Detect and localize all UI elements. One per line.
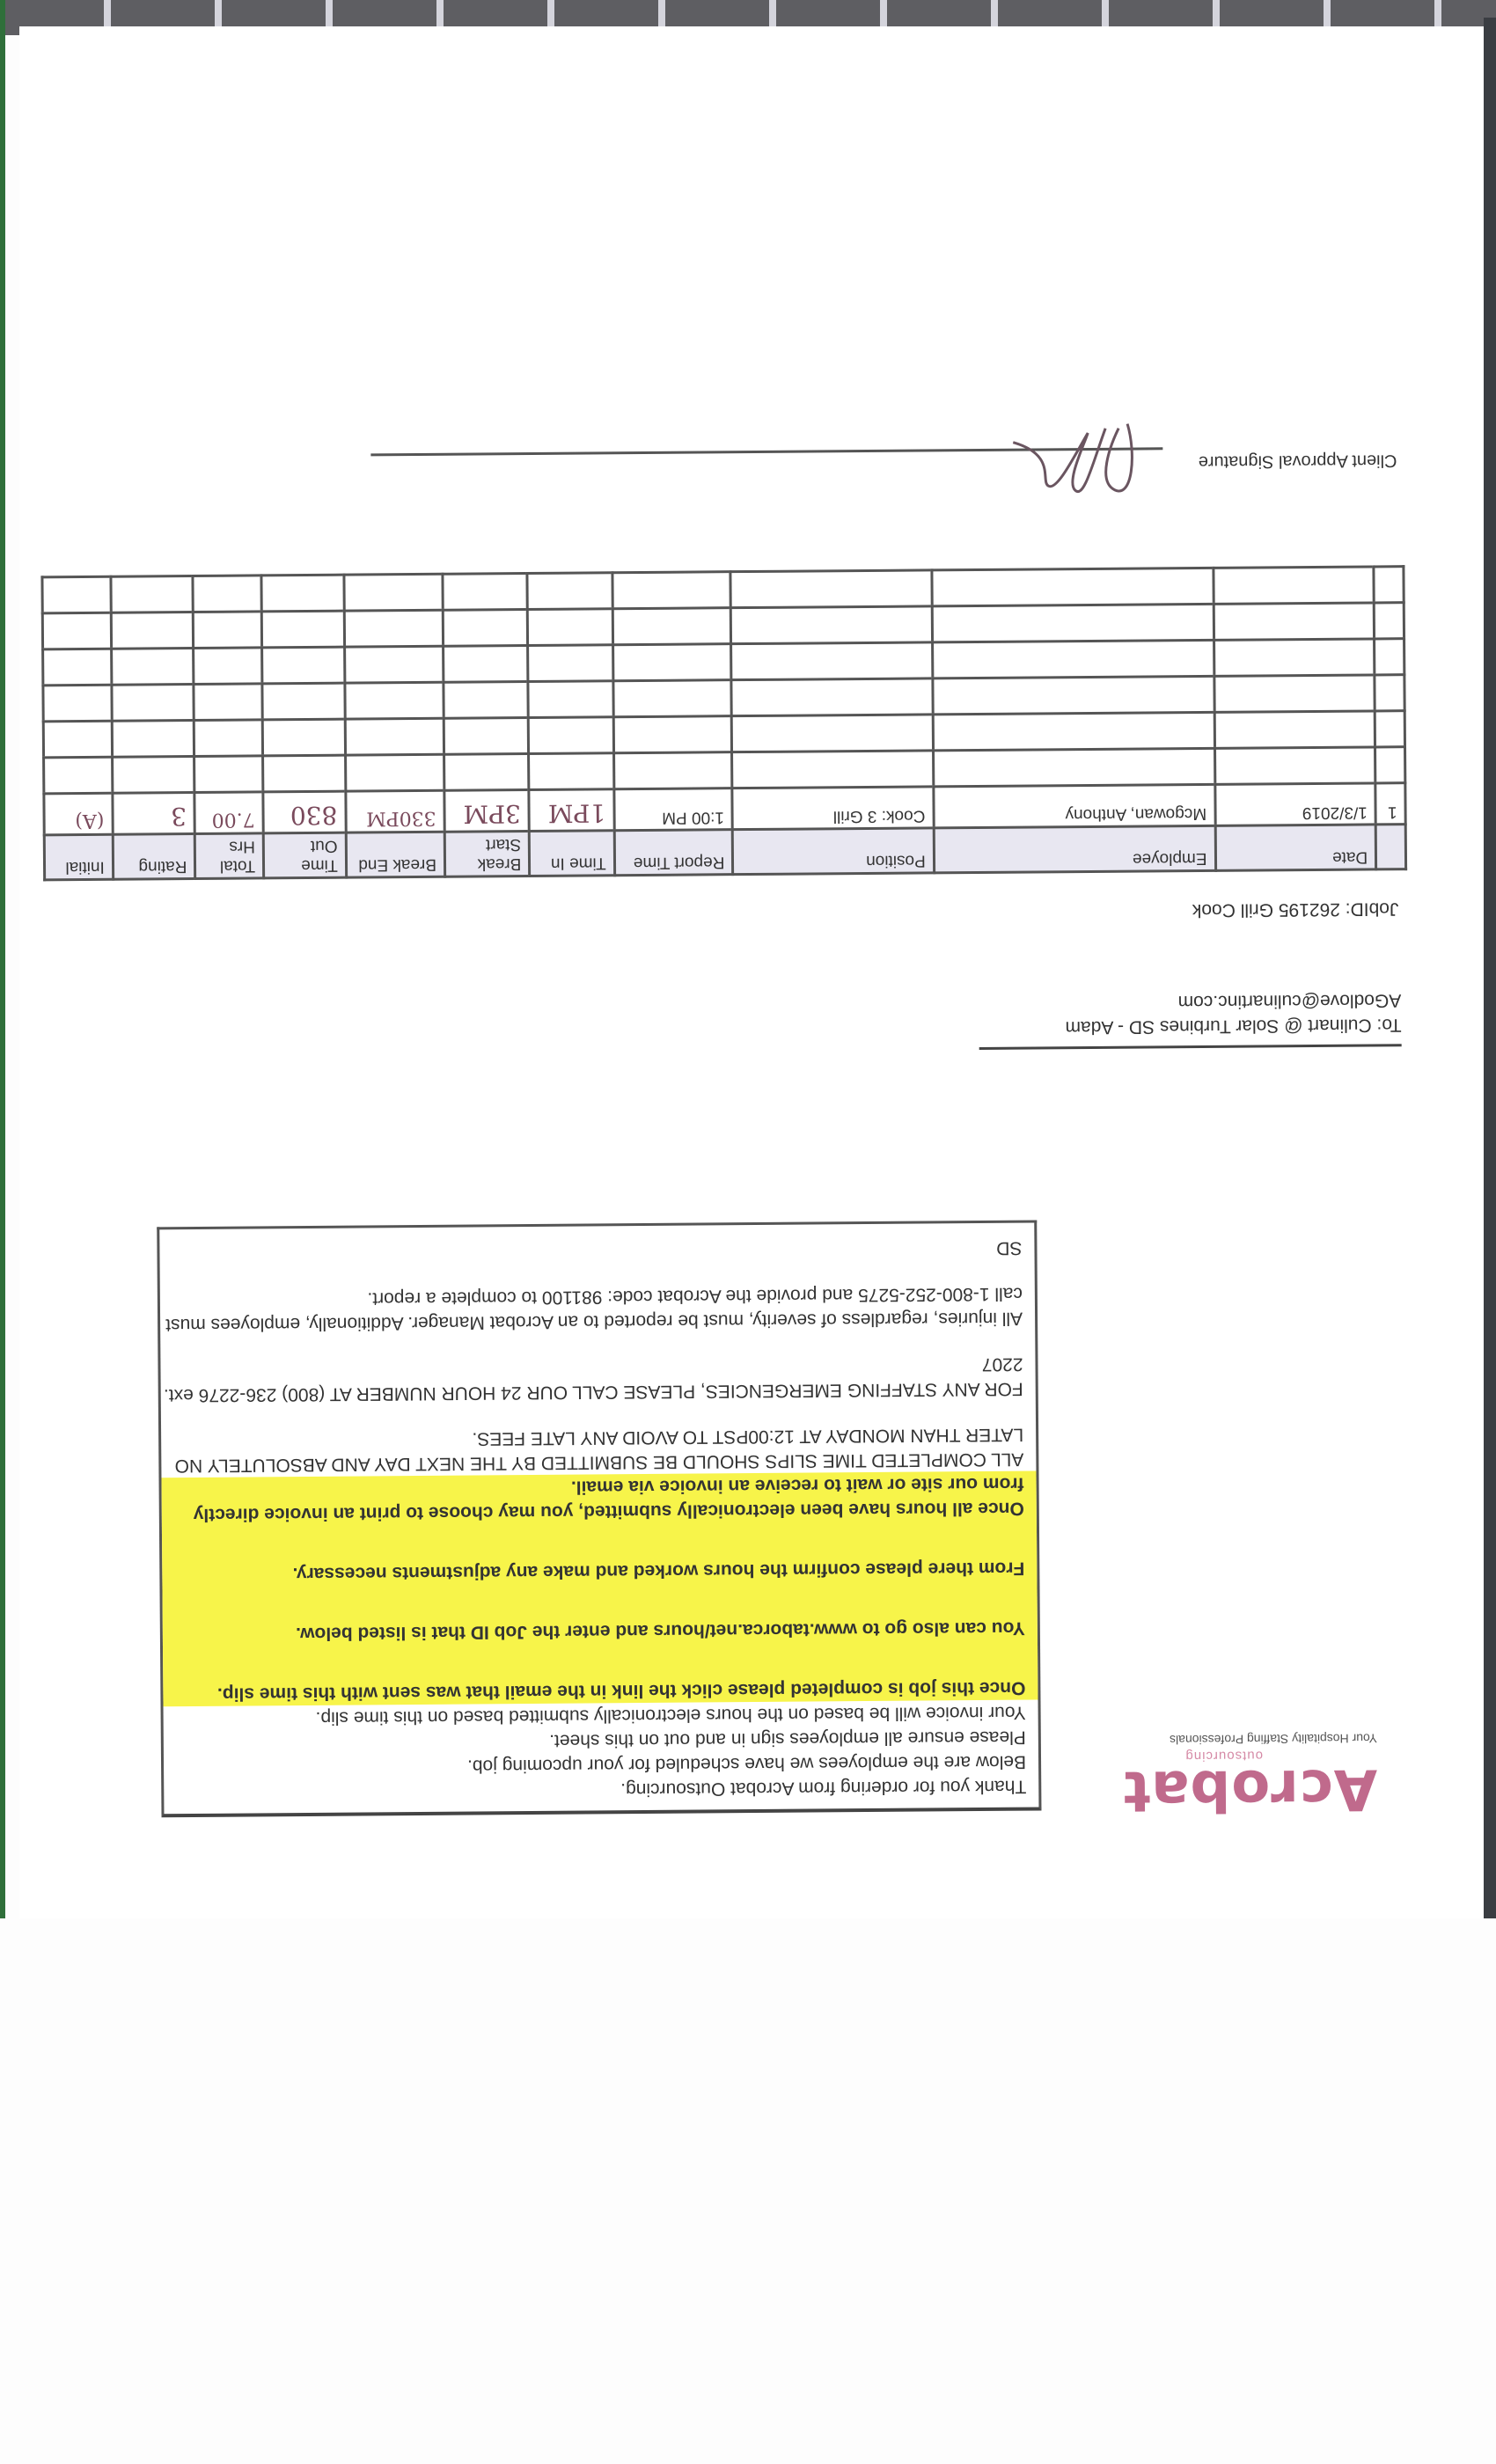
col-header <box>1375 825 1405 869</box>
empty-cell <box>528 681 613 718</box>
empty-cell <box>262 647 345 684</box>
emergency-notice: FOR ANY STAFFING EMERGENCIES, PLEASE CAL… <box>160 1352 1023 1408</box>
empty-cell <box>262 683 345 720</box>
empty-cell <box>42 576 111 613</box>
empty-cell <box>528 645 613 682</box>
empty-cell <box>1374 567 1404 603</box>
recipient-to: To: Culinart @ Solar Turbines SD - Adam <box>979 1012 1401 1050</box>
col-header-initial: Initial <box>44 834 113 880</box>
col-header-rating: Rating <box>113 833 195 879</box>
cell-rating: 3 <box>113 792 195 834</box>
empty-cell <box>527 573 612 610</box>
signature-label: Client Approval Signature <box>1199 450 1397 472</box>
col-header-employee: Employee <box>934 825 1215 873</box>
col-header-time-out: Time Out <box>263 832 346 878</box>
empty-cell <box>43 721 112 758</box>
empty-cell <box>444 753 530 790</box>
empty-cell <box>528 609 613 646</box>
row-number: 1 <box>1375 783 1405 825</box>
empty-cell <box>263 755 346 792</box>
col-header-report-time: Report Time <box>614 830 733 876</box>
cell-report-time: 1:00 PM <box>613 788 732 831</box>
empty-cell <box>933 676 1214 715</box>
acrobat-logo: Acrobat outsourcing Your Hospitality Sta… <box>1113 1731 1378 1818</box>
empty-cell <box>612 680 731 717</box>
empty-cell <box>932 604 1214 642</box>
recipient-email: AGodlove@culinartinc.com <box>979 987 1401 1016</box>
empty-cell <box>345 718 444 755</box>
col-header-break-end: Break End <box>346 832 445 877</box>
empty-cell <box>111 648 194 685</box>
empty-cell <box>1375 675 1404 711</box>
col-header-total-hrs: Total Hrs <box>195 833 264 879</box>
signature-scribble <box>1004 410 1146 508</box>
scanner-right-edge <box>1484 18 1496 1918</box>
empty-cell <box>194 612 262 649</box>
empty-cell <box>613 716 732 753</box>
job-id: JobID: 262195 Grill Cook <box>1192 898 1399 920</box>
scanner-left-edge <box>0 0 5 1918</box>
empty-cell <box>732 715 934 752</box>
empty-cell <box>344 610 444 647</box>
empty-cell <box>43 685 112 722</box>
empty-cell <box>112 756 194 793</box>
cell-employee: Mcgowan, Anthony <box>934 784 1215 828</box>
empty-cell <box>112 684 194 721</box>
empty-cell <box>444 717 529 754</box>
empty-cell <box>194 684 262 721</box>
empty-cell <box>193 576 261 612</box>
empty-cell <box>731 606 933 644</box>
col-header-date: Date <box>1215 825 1376 870</box>
empty-cell <box>731 678 933 716</box>
empty-cell <box>529 717 614 754</box>
logo-tagline: Your Hospitality Staffing Professionals <box>1113 1731 1377 1747</box>
empty-cell <box>612 608 731 645</box>
empty-cell <box>1214 639 1375 676</box>
empty-cell <box>932 568 1214 606</box>
cell-initial: (A) <box>44 793 113 835</box>
empty-cell <box>194 756 263 793</box>
empty-cell <box>1213 567 1374 604</box>
empty-cell <box>1375 711 1404 747</box>
empty-cell <box>345 682 444 719</box>
empty-cell <box>933 712 1214 751</box>
injury-notice: All injuries, regardless of severity, mu… <box>160 1281 1023 1338</box>
time-slip-table: Date Employee Position Report Time Time … <box>40 565 1407 881</box>
empty-cell <box>444 645 529 682</box>
recipient-block: To: Culinart @ Solar Turbines SD - Adam … <box>979 987 1402 1050</box>
cell-position: Cook: 3 Grill <box>732 787 934 830</box>
empty-cell <box>1375 747 1405 783</box>
empty-cell <box>261 575 344 612</box>
highlighted-instructions: Once this job is completed please click … <box>161 1470 1038 1706</box>
empty-cell <box>932 640 1214 678</box>
empty-cell <box>732 751 934 788</box>
empty-cell <box>443 609 528 646</box>
col-header-time-in: Time In <box>530 831 615 876</box>
empty-cell <box>111 612 194 649</box>
empty-cell <box>1214 711 1375 748</box>
empty-cell <box>612 572 731 609</box>
empty-cell <box>43 649 112 686</box>
cell-total-hrs: 7.00 <box>194 792 263 834</box>
empty-cell <box>529 753 614 790</box>
logo-brand: Acrobat <box>1113 1760 1377 1818</box>
empty-cell <box>261 611 344 648</box>
empty-cell <box>194 720 263 757</box>
empty-cell <box>1214 675 1375 712</box>
empty-cell <box>344 574 444 611</box>
empty-cell <box>1214 603 1375 640</box>
empty-cell <box>42 612 111 649</box>
empty-cell <box>730 570 932 608</box>
empty-cell <box>444 681 529 718</box>
instruction-line: Once all hours have been electronically … <box>161 1471 1023 1528</box>
empty-cell <box>344 646 444 683</box>
empty-cell <box>194 648 262 685</box>
empty-cell <box>262 719 345 756</box>
empty-cell <box>612 644 731 681</box>
empty-cell <box>1374 603 1404 639</box>
empty-cell <box>112 720 194 757</box>
col-header-break-start: Break Start <box>444 831 530 876</box>
instructions-box: Thank you for ordering from Acrobat Outs… <box>157 1220 1041 1817</box>
empty-cell <box>443 573 528 610</box>
col-header-position: Position <box>733 828 935 875</box>
empty-cell <box>731 642 933 680</box>
cell-date: 1/3/2019 <box>1214 783 1375 825</box>
empty-cell <box>345 754 444 791</box>
empty-cell <box>613 752 732 789</box>
cell-break-end: 330PM <box>346 790 445 832</box>
cell-break-start: 3PM <box>444 789 530 832</box>
time-slip-page: Acrobat outsourcing Your Hospitality Sta… <box>19 26 1484 1918</box>
cell-time-out: 830 <box>263 791 346 833</box>
deadline-notice: ALL COMPLETED TIME SLIPS SHOULD BE SUBMI… <box>161 1422 1023 1478</box>
empty-cell <box>1214 747 1375 784</box>
empty-cell <box>111 576 194 612</box>
empty-cell <box>44 757 113 794</box>
empty-cell <box>1375 639 1404 675</box>
empty-cell <box>933 748 1214 787</box>
cell-time-in: 1PM <box>529 789 614 832</box>
